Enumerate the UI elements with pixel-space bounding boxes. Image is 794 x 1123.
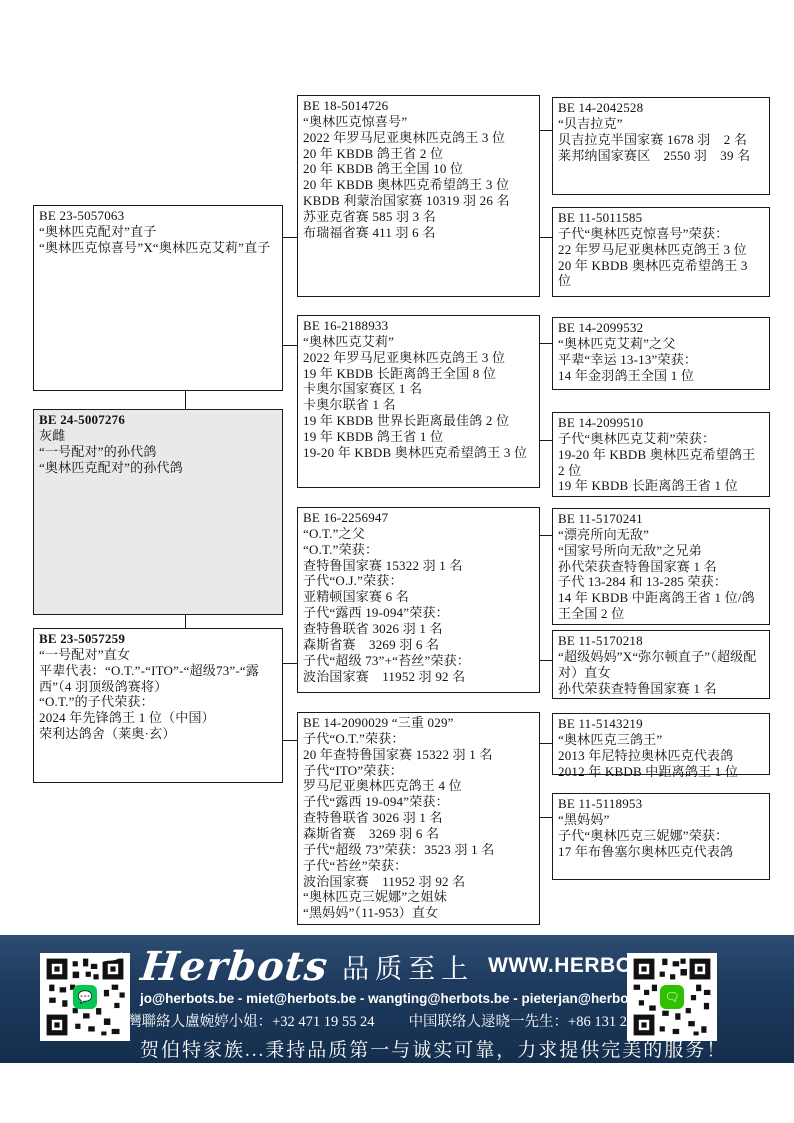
text-line: “奥林匹克惊喜号” xyxy=(303,114,534,130)
box-text: “贝吉拉克”贝吉拉克半国家赛 1678 羽 2 名莱邦纳国家赛区 2550 羽 … xyxy=(558,116,764,164)
text-line: 查特鲁联省 3026 羽 1 名 xyxy=(303,810,534,826)
text-line: 森斯省赛 3269 羽 6 名 xyxy=(303,826,534,842)
text-line: 2024 年先锋鸽王 1 位（中国） xyxy=(39,710,277,726)
text-line: 14 年 KBDB 中距离鸽王省 1 位/鸽王全国 2 位 xyxy=(558,590,764,622)
text-line: 子代“O.T.”荣获： xyxy=(303,731,534,747)
text-line: “O.T.”之父 xyxy=(303,526,534,542)
text-line: 子代“奥林匹克三妮娜”荣获： xyxy=(558,828,764,844)
text-line: 19 年 KBDB 世界长距离最佳鸽 2 位 xyxy=(303,413,534,429)
pedigree-box-sire-sire: BE 18-5014726 “奥林匹克惊喜号”2022 年罗马尼亚奥林匹克鸽王 … xyxy=(297,95,540,297)
brand-row: ⁓ Herbots 品质至上 WWW.HERBOTS.BE xyxy=(140,943,654,989)
connector-line xyxy=(540,743,552,744)
text-line: “黑妈妈” xyxy=(558,812,764,828)
contact-row: 台灣聯絡人盧婉婷小姐：+32 471 19 55 24 中国联络人逯晓一先生：+… xyxy=(140,1010,654,1031)
pedigree-page: BE 23-5057063 “奥林匹克配对”直子“奥林匹克惊喜号”X“奥林匹克艾… xyxy=(0,0,794,1123)
text-line: 罗马尼亚奥林匹克鸽王 4 位 xyxy=(303,778,534,794)
text-line: 平辈“幸运 13-13”荣获： xyxy=(558,352,764,368)
text-line: 子代“超级 73”+“苔丝”荣获： xyxy=(303,653,534,669)
text-line: 子代“超级 73”荣获：3523 羽 1 名 xyxy=(303,842,534,858)
box-text: “漂亮所向无敌”“国家号所向无敌”之兄弟孙代荣获查特鲁国家赛 1 名子代 13-… xyxy=(558,527,764,622)
text-line: 2022 年罗马尼亚奥林匹克鸽王 3 位 xyxy=(303,350,534,366)
text-line: 19 年 KBDB 长距离鸽王省 1 位 xyxy=(558,478,764,494)
pedigree-box-dam-dam: BE 14-2090029 “三重 029” 子代“O.T.”荣获：20 年查特… xyxy=(297,712,540,925)
connector-line xyxy=(185,391,186,409)
text-line: 17 年布鲁塞尔奥林匹克代表鸽 xyxy=(558,844,764,860)
text-line: 子代“ITO”荣获： xyxy=(303,763,534,779)
brand-logo: Herbots xyxy=(139,943,331,990)
text-line: “奥林匹克三妮娜”之姐妹 xyxy=(303,889,534,905)
ring-number: BE 11-5118953 xyxy=(558,796,764,812)
text-line: 19-20 年 KBDB 奥林匹克希望鸽王 2 位 xyxy=(558,447,764,479)
text-line: “一号配对”的孙代鸽 xyxy=(39,444,277,460)
ring-number: BE 23-5057259 xyxy=(39,631,277,647)
text-line: 卡奥尔联省 1 名 xyxy=(303,397,534,413)
text-line: 莱邦纳国家赛区 2550 羽 39 名 xyxy=(558,148,764,164)
ring-number: BE 24-5007276 xyxy=(39,412,277,428)
box-text: 灰雌“一号配对”的孙代鸽“奥林匹克配对”的孙代鸽 xyxy=(39,428,277,476)
text-line: “奥林匹克艾莉” xyxy=(303,334,534,350)
text-line: “O.T.”的子代荣获： xyxy=(39,694,277,710)
box-text: “O.T.”之父“O.T.”荣获：查特鲁国家赛 15322 羽 1 名子代“O.… xyxy=(303,526,534,685)
pedigree-box-g3-4: BE 14-2099510 子代“奥林匹克艾莉”荣获：19-20 年 KBDB … xyxy=(552,412,770,497)
box-text: “奥林匹克配对”直子“奥林匹克惊喜号”X“奥林匹克艾莉”直子 xyxy=(39,224,277,256)
text-line: 19 年 KBDB 鸽王省 1 位 xyxy=(303,429,534,445)
ring-number: BE 16-2188933 xyxy=(303,318,534,334)
text-line: 查特鲁联省 3026 羽 1 名 xyxy=(303,621,534,637)
text-line: “奥林匹克配对”直子 xyxy=(39,224,277,240)
text-line: 20 年 KBDB 奥林匹克希望鸽王 3 位 xyxy=(303,177,534,193)
text-line: 19 年 KBDB 长距离鸽王全国 8 位 xyxy=(303,366,534,382)
box-text: “奥林匹克惊喜号”2022 年罗马尼亚奥林匹克鸽王 3 位20 年 KBDB 鸽… xyxy=(303,114,534,241)
pedigree-box-g3-1: BE 14-2042528 “贝吉拉克”贝吉拉克半国家赛 1678 羽 2 名莱… xyxy=(552,97,770,195)
connector-line xyxy=(540,440,552,441)
text-line: 苏亚克省赛 585 羽 3 名 xyxy=(303,209,534,225)
text-line: 森斯省赛 3269 羽 6 名 xyxy=(303,637,534,653)
text-line: “一号配对”直女 xyxy=(39,647,277,663)
text-line: 20 年 KBDB 鸽王省 2 位 xyxy=(303,146,534,162)
ring-number: BE 11-5170218 xyxy=(558,633,764,649)
box-text: “黑妈妈”子代“奥林匹克三妮娜”荣获：17 年布鲁塞尔奥林匹克代表鸽 xyxy=(558,812,764,860)
text-line: “超级妈妈”X“弥尔顿直子”（超级配对）直女 xyxy=(558,649,764,681)
text-line: 波治国家赛 11952 羽 92 名 xyxy=(303,874,534,890)
pedigree-box-g3-5: BE 11-5170241 “漂亮所向无敌”“国家号所向无敌”之兄弟孙代荣获查特… xyxy=(552,508,770,625)
text-line: “黑妈妈”（11-953）直女 xyxy=(303,905,534,921)
box-text: “奥林匹克艾莉”2022 年罗马尼亚奥林匹克鸽王 3 位19 年 KBDB 长距… xyxy=(303,334,534,461)
pedigree-box-dam: BE 23-5057259 “一号配对”直女平辈代表：“O.T.”-“ITO”-… xyxy=(33,628,283,783)
pedigree-box-g3-2: BE 11-5011585 子代“奥林匹克惊喜号”荣获：22 年罗马尼亚奥林匹克… xyxy=(552,207,770,297)
text-line: 亚精顿国家赛 6 名 xyxy=(303,589,534,605)
text-line: 子代“O.J.”荣获： xyxy=(303,573,534,589)
text-line: 灰雌 xyxy=(39,428,277,444)
text-line: “O.T.”荣获： xyxy=(303,542,534,558)
ring-number: BE 14-2090029 “三重 029” xyxy=(303,715,534,731)
text-line: 2022 年罗马尼亚奥林匹克鸽王 3 位 xyxy=(303,130,534,146)
footer-banner: 💬 ⁓ Herbots 品质至上 WWW.HERBOTS.BE jo@herbo… xyxy=(0,935,794,1063)
text-line: 20 年 KBDB 鸽王全国 10 位 xyxy=(303,161,534,177)
box-text: “奥林匹克艾莉”之父平辈“幸运 13-13”荣获：14 年金羽鸽王全国 1 位 xyxy=(558,336,764,384)
box-text: “奥林匹克三鸽王”2013 年尼特拉奥林匹克代表鸽2012 年 KBDB 中距离… xyxy=(558,732,764,780)
connector-line xyxy=(540,817,552,818)
text-line: 平辈代表：“O.T.”-“ITO”-“超级73”-“露西”（4 羽顶级鸽赛将） xyxy=(39,663,277,695)
text-line: 20 年 KBDB 奥林匹克希望鸽王 3 位 xyxy=(558,258,764,290)
text-line: 14 年金羽鸽王全国 1 位 xyxy=(558,368,764,384)
text-line: 子代 13-284 和 13-285 荣获： xyxy=(558,574,764,590)
ring-number: BE 11-5170241 xyxy=(558,511,764,527)
box-text: 子代“O.T.”荣获：20 年查特鲁国家赛 15322 羽 1 名子代“ITO”… xyxy=(303,731,534,921)
ring-number: BE 16-2256947 xyxy=(303,510,534,526)
pedigree-box-dam-sire: BE 16-2256947 “O.T.”之父“O.T.”荣获：查特鲁国家赛 15… xyxy=(297,507,540,693)
ring-number: BE 18-5014726 xyxy=(303,98,534,114)
qr-code-wechat: 🗨 xyxy=(627,953,717,1041)
text-line: 孙代荣获查特鲁国家赛 1 名 xyxy=(558,681,764,697)
text-line: 子代“露西 19-094”荣获： xyxy=(303,605,534,621)
connector-line xyxy=(540,343,552,344)
text-line: “奥林匹克三鸽王” xyxy=(558,732,764,748)
connector-line xyxy=(283,237,297,238)
pedigree-box-g3-8: BE 11-5118953 “黑妈妈”子代“奥林匹克三妮娜”荣获：17 年布鲁塞… xyxy=(552,793,770,880)
text-line: 子代“奥林匹克惊喜号”荣获： xyxy=(558,226,764,242)
box-text: 子代“奥林匹克惊喜号”荣获：22 年罗马尼亚奥林匹克鸽王 3 位20 年 KBD… xyxy=(558,226,764,289)
wechat-icon: 🗨 xyxy=(660,985,684,1009)
connector-line xyxy=(540,130,552,131)
text-line: 19-20 年 KBDB 奥林匹克希望鸽王 3 位 xyxy=(303,445,534,461)
text-line: “奥林匹克艾莉”之父 xyxy=(558,336,764,352)
text-line: KBDB 利蒙治国家赛 10319 羽 26 名 xyxy=(303,193,534,209)
pedigree-box-sire: BE 23-5057063 “奥林匹克配对”直子“奥林匹克惊喜号”X“奥林匹克艾… xyxy=(33,205,283,391)
contact-taiwan: 台灣聯絡人盧婉婷小姐：+32 471 19 55 24 xyxy=(113,1010,375,1031)
ring-number: BE 11-5143219 xyxy=(558,716,764,732)
connector-line xyxy=(283,345,297,346)
text-line: “漂亮所向无敌” xyxy=(558,527,764,543)
connector-line xyxy=(540,535,552,536)
text-line: 贝吉拉克半国家赛 1678 羽 2 名 xyxy=(558,132,764,148)
ring-number: BE 23-5057063 xyxy=(39,208,277,224)
pedigree-box-g3-3: BE 14-2099532 “奥林匹克艾莉”之父平辈“幸运 13-13”荣获：1… xyxy=(552,317,770,390)
text-line: 子代“苔丝”荣获： xyxy=(303,858,534,874)
line-icon: 💬 xyxy=(73,985,97,1009)
text-line: 查特鲁国家赛 15322 羽 1 名 xyxy=(303,558,534,574)
text-line: 2013 年尼特拉奥林匹克代表鸽 xyxy=(558,748,764,764)
box-text: 子代“奥林匹克艾莉”荣获：19-20 年 KBDB 奥林匹克希望鸽王 2 位19… xyxy=(558,431,764,494)
connector-line xyxy=(185,615,186,628)
text-line: 波治国家赛 11952 羽 92 名 xyxy=(303,669,534,685)
box-text: “一号配对”直女平辈代表：“O.T.”-“ITO”-“超级73”-“露西”（4 … xyxy=(39,647,277,742)
pedigree-box-g3-6: BE 11-5170218 “超级妈妈”X“弥尔顿直子”（超级配对）直女孙代荣获… xyxy=(552,630,770,699)
box-text: “超级妈妈”X“弥尔顿直子”（超级配对）直女孙代荣获查特鲁国家赛 1 名 xyxy=(558,649,764,697)
pedigree-box-g3-7: BE 11-5143219 “奥林匹克三鸽王”2013 年尼特拉奥林匹克代表鸽2… xyxy=(552,713,770,775)
footer-content: ⁓ Herbots 品质至上 WWW.HERBOTS.BE jo@herbots… xyxy=(140,943,654,1062)
pedigree-box-subject: BE 24-5007276 灰雌“一号配对”的孙代鸽“奥林匹克配对”的孙代鸽 xyxy=(33,409,283,615)
connector-line xyxy=(540,660,552,661)
ring-number: BE 14-2042528 xyxy=(558,100,764,116)
connector-line xyxy=(283,740,297,741)
text-line: “奥林匹克配对”的孙代鸽 xyxy=(39,460,277,476)
connector-line xyxy=(283,663,297,664)
ring-number: BE 14-2099510 xyxy=(558,415,764,431)
connector-line xyxy=(540,237,552,238)
text-line: 2012 年 KBDB 中距离鸽王 1 位 xyxy=(558,764,764,780)
text-line: 布瑞福省赛 411 羽 6 名 xyxy=(303,225,534,241)
text-line: 孙代荣获查特鲁国家赛 1 名 xyxy=(558,559,764,575)
text-line: 20 年查特鲁国家赛 15322 羽 1 名 xyxy=(303,747,534,763)
text-line: 子代“奥林匹克艾莉”荣获： xyxy=(558,431,764,447)
text-line: 22 年罗马尼亚奥林匹克鸽王 3 位 xyxy=(558,242,764,258)
text-line: 荣利达鸽舍（莱奥·玄） xyxy=(39,726,277,742)
text-line: “国家号所向无敌”之兄弟 xyxy=(558,543,764,559)
text-line: “贝吉拉克” xyxy=(558,116,764,132)
footer-tagline: 贺伯特家族...秉持品质第一与诚实可靠，力求提供完美的服务！ xyxy=(140,1035,654,1062)
ring-number: BE 11-5011585 xyxy=(558,210,764,226)
pedigree-box-sire-dam: BE 16-2188933 “奥林匹克艾莉”2022 年罗马尼亚奥林匹克鸽王 3… xyxy=(297,315,540,488)
contact-emails: jo@herbots.be - miet@herbots.be - wangti… xyxy=(140,991,654,1006)
text-line: “奥林匹克惊喜号”X“奥林匹克艾莉”直子 xyxy=(39,240,277,256)
text-line: 卡奥尔国家赛区 1 名 xyxy=(303,381,534,397)
text-line: 子代“露西 19-094”荣获： xyxy=(303,794,534,810)
brand-slogan: 品质至上 xyxy=(342,947,474,986)
ring-number: BE 14-2099532 xyxy=(558,320,764,336)
